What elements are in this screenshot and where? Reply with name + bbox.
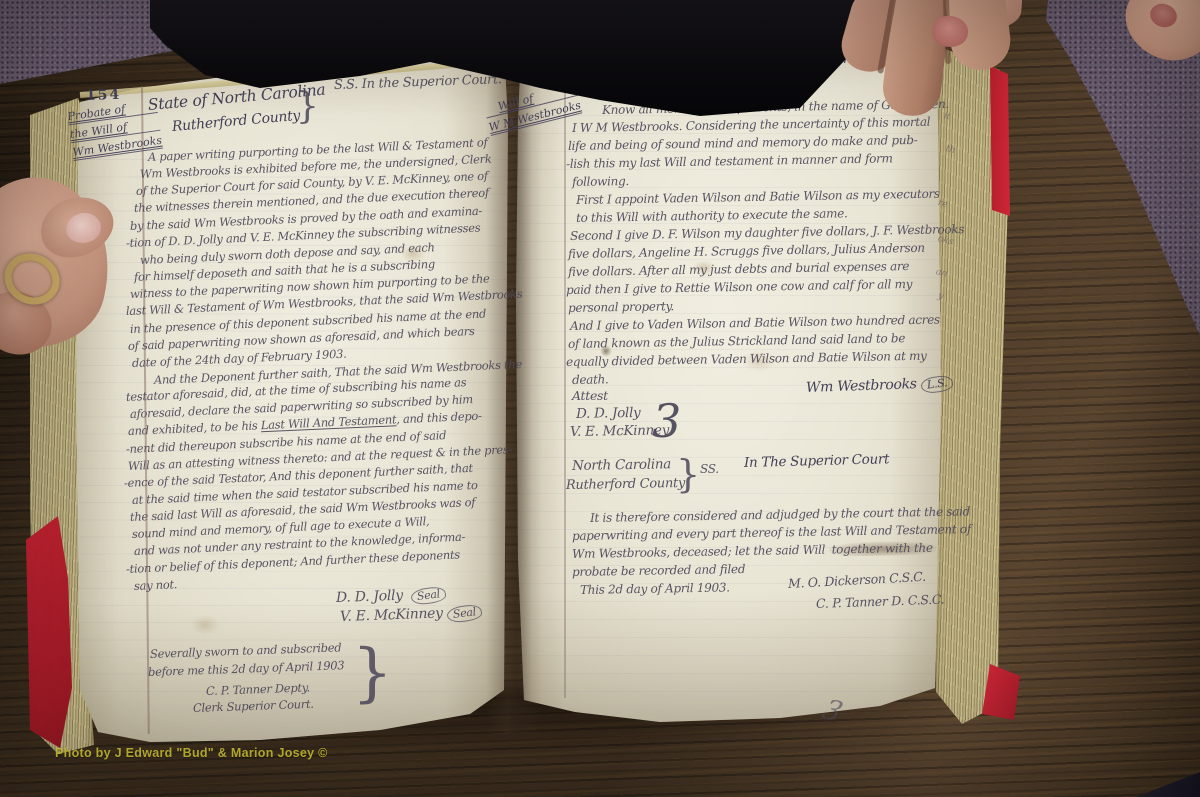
handwritten-line: paperwriting and every part thereof is t… xyxy=(572,522,971,543)
margin-overflow-fragment: oks xyxy=(937,233,955,247)
handwritten-line: This 2d day of April 1903. xyxy=(580,580,730,597)
margin-overflow-fragment: an xyxy=(935,266,949,279)
handwritten-line: life and being of sound mind and memory … xyxy=(568,133,918,153)
handwritten-line: I W M Westbrooks. Considering the uncert… xyxy=(572,115,931,135)
handwritten-line: personal property. xyxy=(568,299,674,315)
margin-overflow-fragment: th xyxy=(945,143,957,156)
photo-scene: 154 Probate of the Will of Wm Westbrooks… xyxy=(0,0,1200,797)
handwritten-line: to this Will with authority to execute t… xyxy=(576,206,848,225)
handwritten-line: equally divided between Vaden Wilson and… xyxy=(566,349,927,369)
handwritten-line: following. xyxy=(572,174,629,189)
handwritten-line: First I appoint Vaden Wilson and Batie W… xyxy=(576,187,940,207)
margin-overflow-fragment: it xyxy=(943,110,952,122)
handwritten-line: five dollars, Angeline H. Scruggs five d… xyxy=(568,241,925,261)
handwritten-line: It is therefore considered and adjudged … xyxy=(590,504,970,525)
handwritten-line: five dollars. After all my just debts an… xyxy=(568,259,909,279)
margin-overflow-fragment: y xyxy=(937,290,945,302)
handwritten-line: death. xyxy=(572,372,609,387)
photographer-watermark: Photo by J Edward "Bud" & Marion Josey © xyxy=(55,746,328,760)
handwritten-line: -lish this my last Will and testament in… xyxy=(566,151,893,171)
margin-overflow-fragment: re xyxy=(937,197,949,210)
handwritten-line: paid then I give to Rettie Wilson one co… xyxy=(566,277,912,297)
handwritten-line: And I give to Vaden Wilson and Batie Wil… xyxy=(570,313,940,333)
handwritten-line: Wm Westbrooks, deceased; let the said Wi… xyxy=(572,541,936,561)
handwritten-line: probate be recorded and filed xyxy=(572,562,745,579)
right-page-text: Know all men by these presents, in the n… xyxy=(0,0,1200,797)
smudged-phrase: together with the xyxy=(829,541,936,557)
handwritten-line: of land known as the Julius Strickland l… xyxy=(568,331,905,351)
handwritten-line: Second I give D. F. Wilson my daughter f… xyxy=(570,222,964,243)
